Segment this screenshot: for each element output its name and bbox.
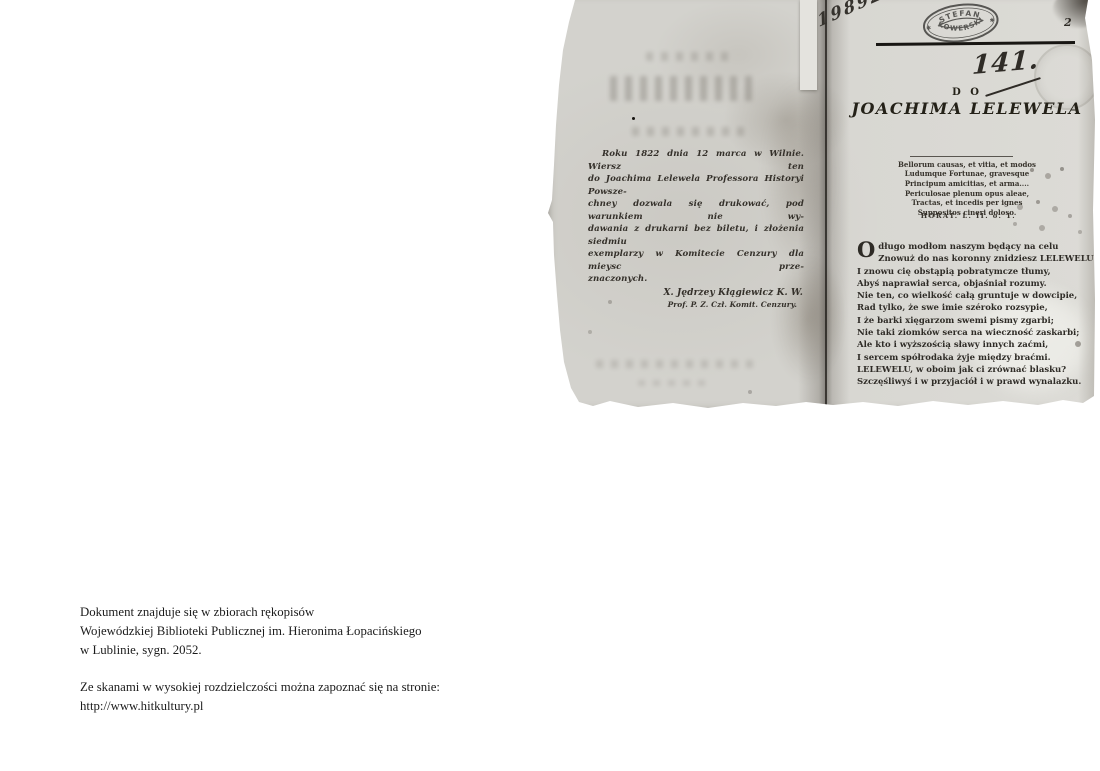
library-caption: Dokument znajduje się w zbiorach rękopis… [80, 603, 440, 716]
paper-slip [800, 0, 817, 90]
censor-note-line: Roku 1822 dnia 12 marca w Wilnie. Wiersz… [588, 148, 804, 173]
scanned-page-spread: Roku 1822 dnia 12 marca w Wilnie. Wiersz… [548, 0, 1100, 412]
epigraph-line: Periculosae plenum opus aleae, [840, 189, 1094, 198]
caption-line: w Lublinie, sygn. 2052. [80, 641, 440, 660]
epigraph-line: Tractas, et incedis per ignes [840, 198, 1094, 207]
poem-dropcap: O [857, 241, 875, 259]
ink-dot [632, 117, 635, 120]
poem-line: Abyś naprawiał serca, objaśniał rozumy. [857, 278, 1097, 290]
owner-stamp-icon: STEFAN KOWERSKI ✱ ✱ [920, 0, 1002, 48]
ghost-showthrough [632, 127, 748, 136]
censor-note-line: chney dozwala się drukować, pod warunkie… [588, 198, 804, 223]
epigraph-line: Principum amicitias, et arma.... [840, 179, 1094, 188]
caption-line: Wojewódzkiej Biblioteki Publicznej im. H… [80, 622, 440, 641]
caption-line: Ze skanami w wysokiej rozdzielczości moż… [80, 678, 440, 697]
poem-line: LELEWELU, w oboim jak ci zrównać blasku? [857, 364, 1097, 376]
svg-text:✱: ✱ [926, 25, 932, 33]
handwritten-catalog-number: 141. [971, 45, 1040, 81]
caption-line: Dokument znajduje się w zbiorach rękopis… [80, 603, 440, 622]
page-corner-fold [1053, 0, 1100, 28]
epigraph-line: Ludumque Fortunae, gravesque [840, 169, 1094, 178]
censor-signature: X. Jędrzey Kłągiewicz K. W. [588, 287, 804, 300]
ghost-showthrough [596, 360, 756, 368]
poem-title-name: JOACHIMA LELEWELA [840, 99, 1094, 118]
epigraph-stanza-1: Bellorum causas, et vitia, et modos Ludu… [840, 160, 1094, 188]
poem-line: Ale kto i wyższością sławy innych zaćmi, [857, 339, 1097, 351]
poem-first-line: długo modłom naszym będący na celu [878, 242, 1058, 252]
poem-line: I znowu cię obstąpią pobratymcze tłumy, [857, 266, 1097, 278]
poem-line: Znowuż do nas koronny znidziesz LELEWELU… [857, 253, 1097, 265]
poem-line: I że barki xięgarzom swemi pismy zgarbi; [857, 315, 1097, 327]
ghost-showthrough [638, 380, 710, 386]
poem-title-do: D O [840, 87, 1094, 98]
epigraph-line: Bellorum causas, et vitia, et modos [840, 160, 1094, 169]
poem-line: Szczęśliwyś i w przyjaciół i w prawd wyn… [857, 376, 1097, 388]
page-edge-shading [1078, 0, 1096, 412]
censor-note: Roku 1822 dnia 12 marca w Wilnie. Wiersz… [588, 148, 804, 312]
poem-line: Rad tylko, że swe imie széroko rozsypie, [857, 302, 1097, 314]
poem: Odługo modłom naszym będący na celu Znow… [857, 241, 1097, 389]
poem-line: Nie ten, co wielkość całą gruntuje w dow… [857, 290, 1097, 302]
censor-note-line: do Joachima Lelewela Professora Historyi… [588, 173, 804, 198]
ghost-showthrough [646, 52, 732, 61]
poem-line: I sercem spółrodaka żyje między braćmi. [857, 352, 1097, 364]
gutter-line [825, 0, 827, 412]
caption-url: http://www.hitkultury.pl [80, 697, 440, 716]
censor-note-line: znaczonych. [588, 273, 804, 286]
ghost-showthrough [610, 76, 760, 101]
censor-signature-role: Prof. P. Z. Czł. Komit. Cenzury. [588, 299, 804, 312]
epigraph-attribution: HORAT. L. II. o. 1. [840, 212, 1016, 220]
censor-note-line: dawania z drukarni bez biletu, i złożeni… [588, 223, 804, 248]
poem-line: Nie taki ziomków serca na wieczność zask… [857, 327, 1097, 339]
svg-text:✱: ✱ [989, 17, 995, 25]
poem-line: Odługo modłom naszym będący na celu [857, 241, 1097, 253]
censor-note-line: exemplarzy w Komitecie Cenzury dla mieys… [588, 248, 804, 273]
epigraph-rule [910, 156, 1013, 157]
